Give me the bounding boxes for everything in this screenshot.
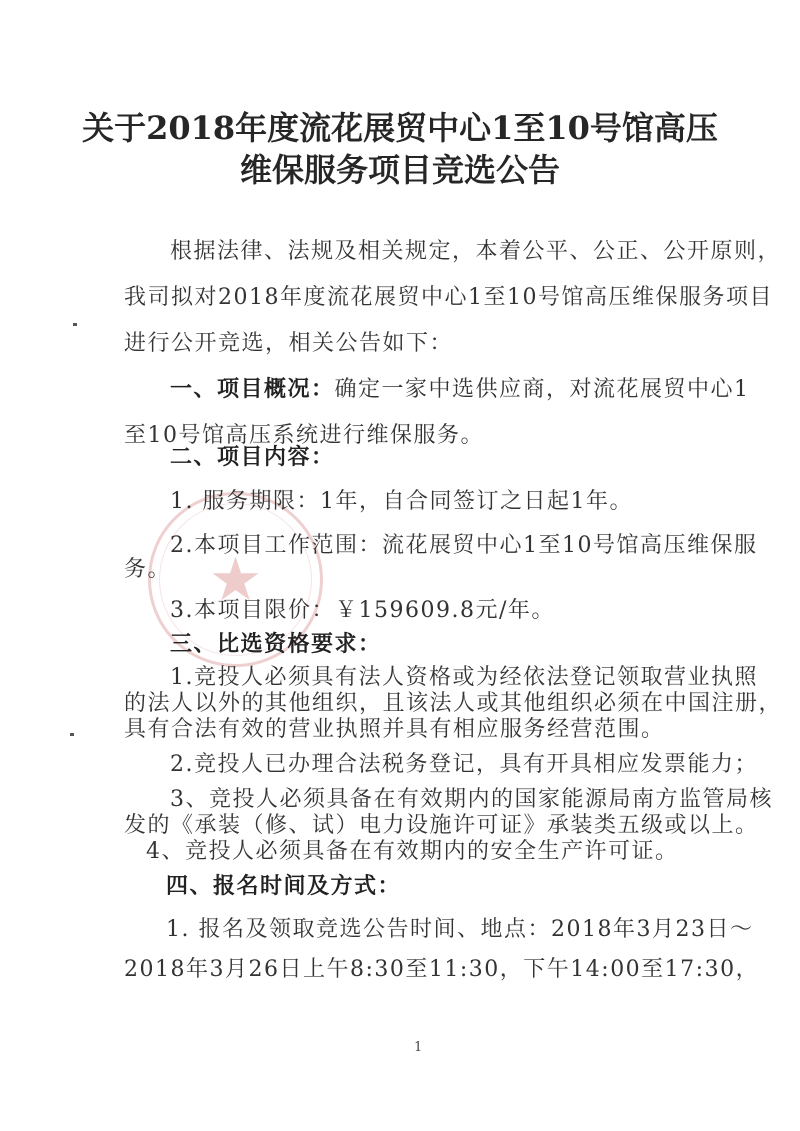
section2-item-2-cont: 务。 (124, 552, 171, 583)
intro-line-3: 进行公开竞选，相关公告如下： (124, 326, 453, 357)
title-line-1: 关于2018年度流花展贸中心1至10号馆高压 (0, 103, 800, 149)
section3-item-4: 4、竞投人必须具备在有效期内的安全生产许可证。 (146, 834, 679, 865)
section3-heading: 三、比选资格要求： (170, 627, 382, 658)
section2-item-1: 1. 服务期限：1年，自合同签订之日起1年。 (170, 484, 633, 515)
section1-text: 确定一家中选供应商，对流花展贸中心1 (335, 377, 750, 402)
section4-heading: 四、报名时间及方式： (166, 869, 401, 900)
section1-line-1: 一、项目概况：确定一家中选供应商，对流花展贸中心1 (170, 372, 750, 403)
section4-item-1-cont: 2018年3月26日上午8:30至11:30，下午14:00至17:30， (124, 952, 759, 983)
section4-item-1: 1. 报名及领取竞选公告时间、地点：2018年3月23日～ (166, 912, 753, 943)
page-number: 1 (414, 1040, 422, 1055)
section2-item-2: 2.本项目工作范围：流花展贸中心1至10号馆高压维保服 (170, 528, 757, 559)
scan-speck (70, 733, 74, 736)
section2-item-3: 3.本项目限价：￥159609.8元/年。 (170, 593, 555, 624)
intro-line-1: 根据法律、法规及相关规定，本着公平、公正、公开原则， (170, 234, 781, 265)
section1-heading: 一、项目概况： (170, 376, 335, 402)
document-page: 关于2018年度流花展贸中心1至10号馆高压 维保服务项目竞选公告 ★ 根据法律… (0, 0, 800, 1131)
scan-speck (73, 323, 77, 326)
intro-line-2: 我司拟对2018年度流花展贸中心1至10号馆高压维保服务项目 (124, 280, 773, 311)
section3-item-2: 2.竞投人已办理合法税务登记，具有开具相应发票能力； (170, 747, 758, 778)
section2-heading: 二、项目内容： (170, 440, 335, 471)
title-line-2: 维保服务项目竞选公告 (0, 145, 800, 191)
section3-item-1-cont-2: 具有合法有效的营业执照并具有相应服务经营范围。 (124, 712, 665, 743)
